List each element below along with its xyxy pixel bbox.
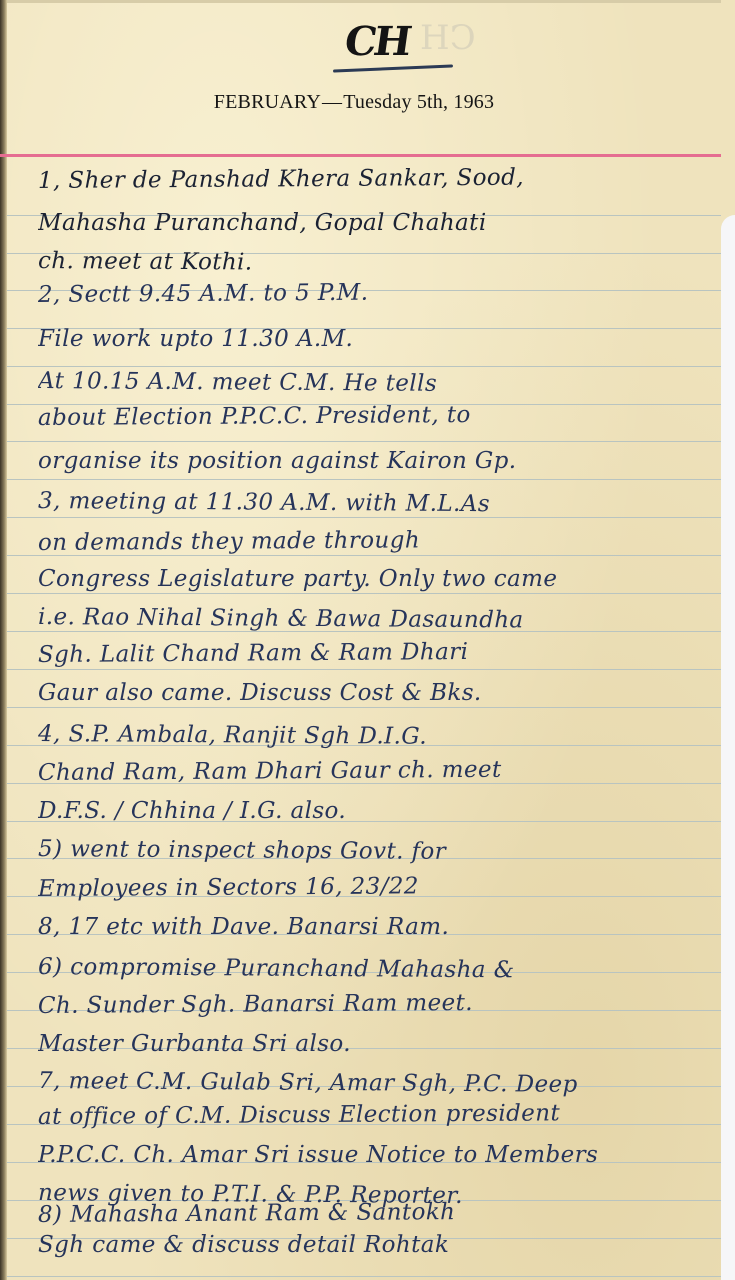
handwritten-line: File work upto 11.30 A.M. (38, 326, 718, 372)
handwritten-line: 2, Sectt 9.45 A.M. to 5 P.M. (38, 277, 718, 328)
handwritten-line: 8, 17 etc with Dave. Banarsi Ram. (38, 914, 718, 960)
thumb-index-notch (721, 215, 735, 1280)
handwritten-line: about Election P.P.C.C. President, to (38, 400, 718, 451)
handwritten-line: organise its position against Kairon Gp. (38, 448, 718, 494)
handwritten-line: Gaur also came. Discuss Cost & Bks. (38, 680, 718, 726)
diary-page: CH CH FEBRUARY—Tuesday 5th, 1963 1, Sher… (0, 0, 735, 1280)
handwritten-line: 1, Sher de Panshad Khera Sankar, Sood, (38, 163, 718, 214)
handwritten-line: Sgh came & discuss detail Rohtak (38, 1232, 718, 1278)
page-edge-top (721, 0, 735, 215)
handwritten-entries: 1, Sher de Panshad Khera Sankar, Sood,Ma… (0, 0, 735, 1280)
